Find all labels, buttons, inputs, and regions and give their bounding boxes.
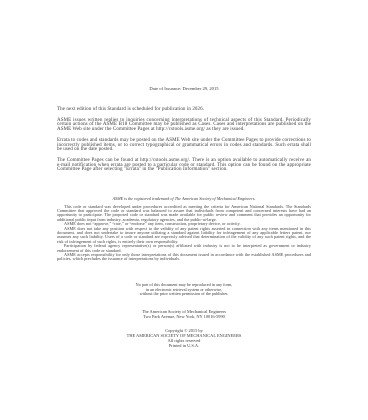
text-column: Date of Issuance: December 29, 2015 The … (57, 0, 311, 349)
accreditation-disclaimer: This code or standard was developed unde… (57, 205, 311, 262)
publisher-block: The American Society of Mechanical Engin… (57, 310, 311, 320)
errata-paragraph: Errata to codes and standards may be pos… (57, 139, 311, 153)
reproduction-line-3: without the prior written permission of … (57, 292, 311, 297)
disclaimer-interpretations-paragraph: ASME accepts responsibility for only tho… (57, 253, 311, 262)
printed-in-usa-line: Printed in U.S.A. (57, 344, 311, 349)
trademark-statement: ASME is the registered trademark of The … (57, 197, 311, 202)
next-edition-paragraph: The next edition of this Standard is sch… (57, 108, 311, 113)
disclaimer-development-paragraph: This code or standard was developed unde… (57, 205, 311, 223)
committee-pages-paragraph: The Committee Pages can be found at http… (57, 159, 311, 173)
copyright-page: Date of Issuance: December 29, 2015 The … (0, 0, 368, 420)
interpretations-paragraph: ASME issues written replies to inquiries… (57, 119, 311, 133)
date-of-issuance: Date of Issuance: December 29, 2015 (57, 86, 311, 91)
publication-notice: The next edition of this Standard is sch… (57, 108, 311, 173)
copyright-block: Copyright © 2015 by THE AMERICAN SOCIETY… (57, 329, 311, 349)
disclaimer-patent-paragraph: ASME does not take any position with res… (57, 227, 311, 245)
reproduction-notice: No part of this document may be reproduc… (57, 283, 311, 297)
publisher-address: Two Park Avenue, New York, NY 10016-5990 (57, 315, 311, 320)
